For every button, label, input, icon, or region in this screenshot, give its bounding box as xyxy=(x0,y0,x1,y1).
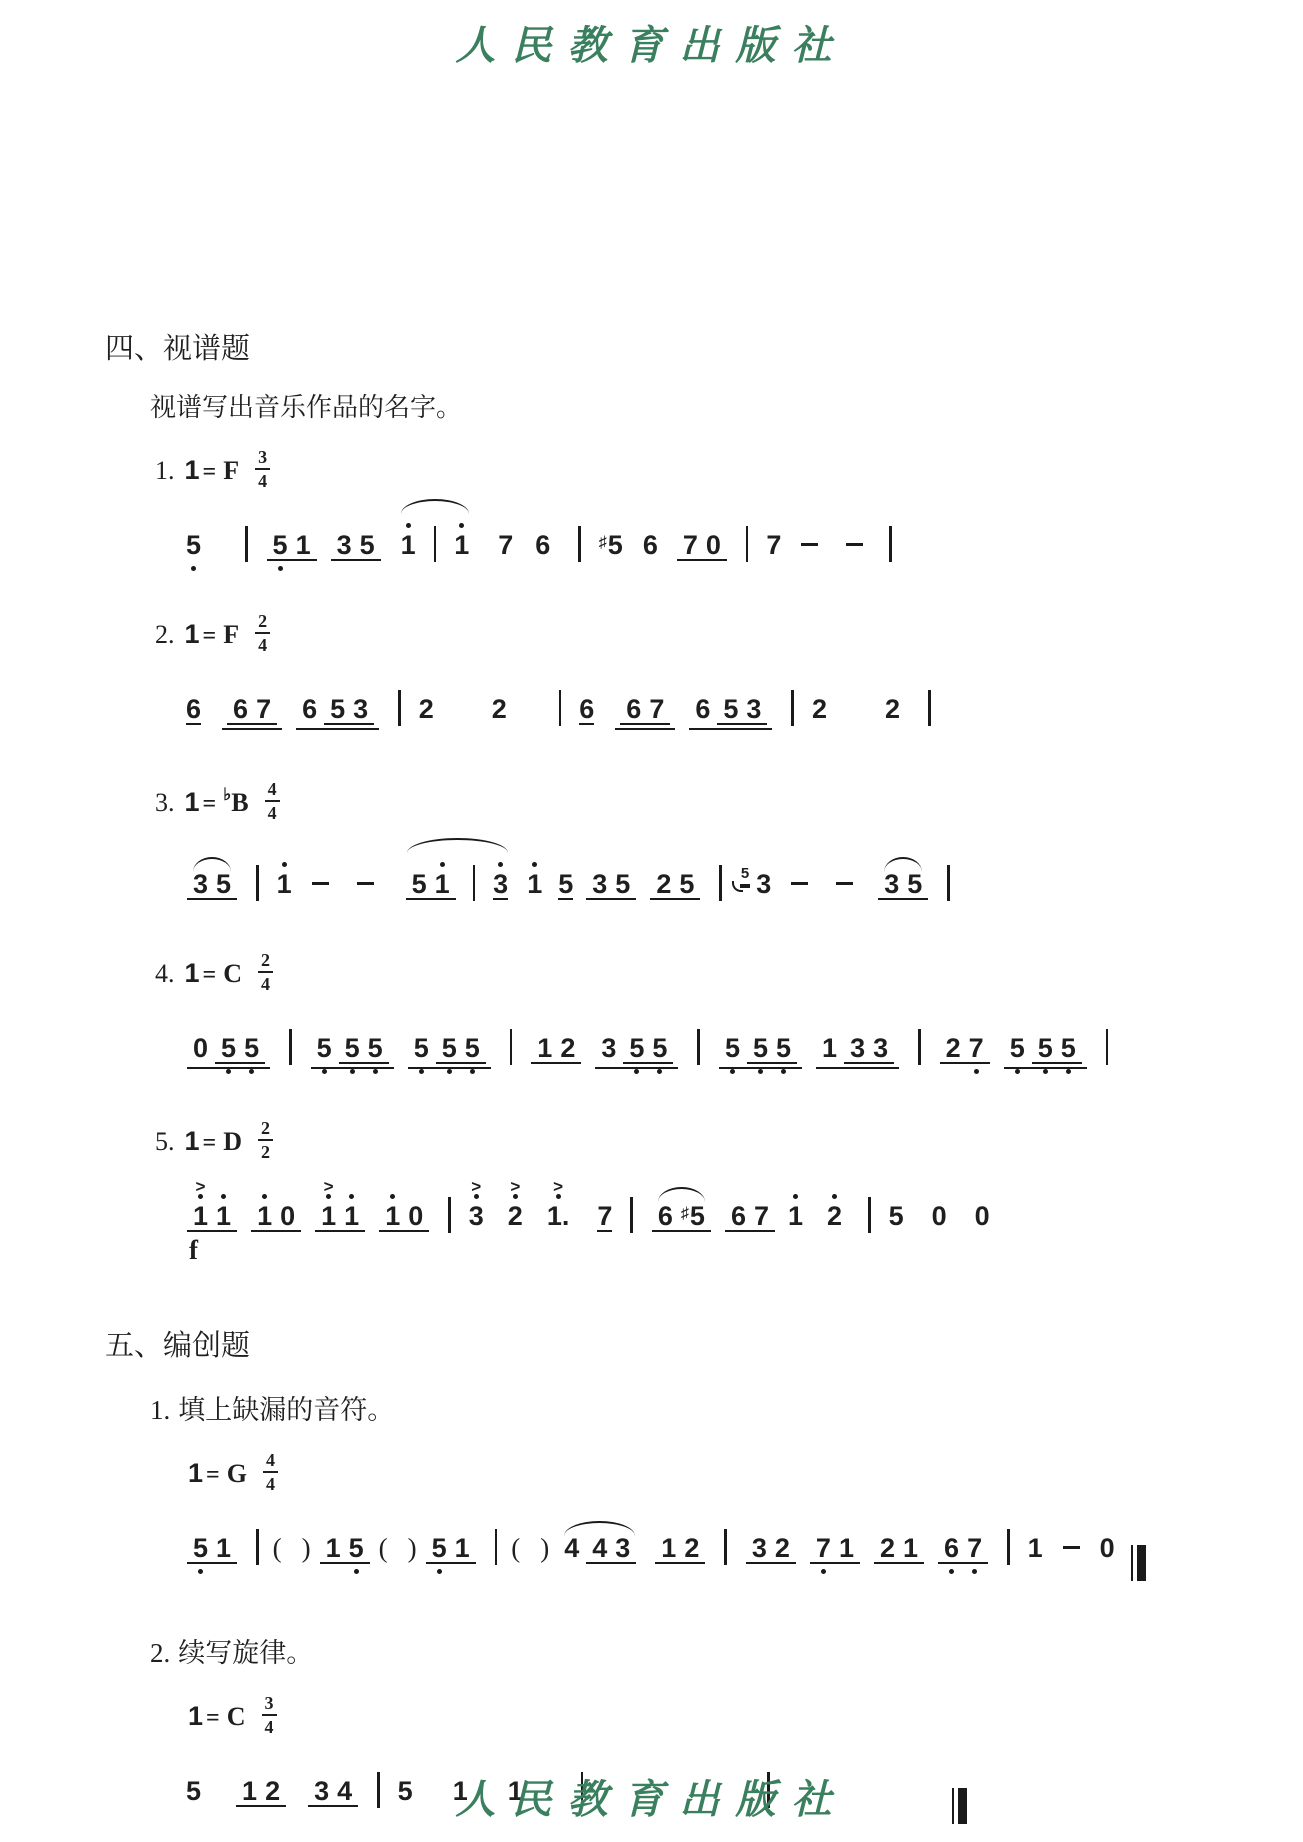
note: 2 xyxy=(775,1537,790,1559)
spacer xyxy=(910,1224,926,1225)
octave-dot-high xyxy=(349,1194,354,1199)
note-group: 35 xyxy=(878,873,928,900)
note: 1 xyxy=(788,1205,803,1227)
note: 7 xyxy=(597,1205,612,1232)
hold-dash xyxy=(801,543,818,547)
item-number: 1. xyxy=(150,1395,170,1425)
time-sig-numerator: 2 xyxy=(258,1119,273,1141)
barline xyxy=(724,1529,727,1565)
octave-dot-high xyxy=(221,1194,226,1199)
note: 1 xyxy=(455,1537,470,1559)
note-group: 53 xyxy=(717,698,767,725)
section-4-title: 四、视谱题 xyxy=(105,326,1303,367)
note-group: 55 xyxy=(747,1037,797,1064)
item-1-label: 1.填上缺漏的音符。 xyxy=(150,1388,1303,1427)
note-digit: 5 xyxy=(221,1033,236,1063)
note-digit: 5 xyxy=(360,530,375,560)
barline xyxy=(256,1529,259,1565)
note-group: 12 xyxy=(531,1037,581,1064)
note-digit: 0 xyxy=(280,1201,295,1231)
barline xyxy=(630,1197,633,1233)
note-group: 25 xyxy=(650,873,700,900)
octave-dot-high xyxy=(262,1194,267,1199)
note: 3 xyxy=(850,1037,865,1059)
note: 0 xyxy=(706,534,721,556)
note-digit: 7 xyxy=(683,530,698,560)
item-2-label: 2.续写旋律。 xyxy=(150,1631,1303,1670)
note-group: >11 xyxy=(315,1205,365,1232)
note: 1 xyxy=(527,873,542,895)
item-number: 2. xyxy=(150,1638,170,1668)
note-digit: 2 xyxy=(946,1033,961,1063)
note-digit: 5 xyxy=(723,694,738,724)
note: 1 xyxy=(257,1205,272,1227)
note: 0 xyxy=(193,1037,208,1059)
notation-line-1: 551351176♯56707 xyxy=(180,494,1303,588)
note-group: 21 xyxy=(874,1537,924,1564)
note-digit: 5 xyxy=(465,1033,480,1063)
octave-dot-low xyxy=(730,1069,735,1074)
note: 3 xyxy=(752,1537,767,1559)
note-digit: 2 xyxy=(492,694,507,724)
octave-dot-high xyxy=(474,1194,479,1199)
equals-sign: = xyxy=(206,1705,220,1731)
note: 5 xyxy=(345,1037,360,1059)
note-digit: 5 xyxy=(1061,1033,1076,1063)
spacer xyxy=(575,1224,591,1225)
note-digit: 6 xyxy=(658,1201,673,1231)
note: 6 xyxy=(302,698,317,720)
note: 1 xyxy=(822,1037,837,1059)
note: >2 xyxy=(508,1205,523,1227)
note-digit: 1 xyxy=(321,1201,336,1231)
barline xyxy=(578,526,581,562)
note-digit: 1 xyxy=(454,530,469,560)
barline xyxy=(448,1197,451,1233)
barline xyxy=(928,690,931,726)
note-digit: 1 xyxy=(326,1533,341,1563)
note: 5 xyxy=(1010,1037,1025,1059)
note: 1 xyxy=(435,873,450,895)
note: 5 xyxy=(317,1037,332,1059)
octave-dot-low xyxy=(278,566,283,571)
barline xyxy=(868,1197,871,1233)
spacer xyxy=(440,717,486,718)
note: 1 xyxy=(903,1537,918,1559)
barline xyxy=(289,1029,292,1065)
note-digit: 0 xyxy=(1100,1533,1115,1563)
note: 1 xyxy=(1028,1537,1043,1559)
octave-dot-low xyxy=(1015,1069,1020,1074)
note-group: 67 xyxy=(620,698,670,725)
spacer xyxy=(953,1224,969,1225)
note-digit: 3 xyxy=(337,530,352,560)
barline xyxy=(947,865,950,901)
note: 6 xyxy=(626,698,641,720)
time-sig-numerator: 3 xyxy=(262,1694,277,1716)
barline xyxy=(918,1029,921,1065)
note-digit: 1 xyxy=(527,869,542,899)
note: 1 xyxy=(216,1537,231,1559)
note: 5 xyxy=(753,1037,768,1059)
final-barline-thin xyxy=(1131,1545,1134,1581)
note: 5 xyxy=(193,1537,208,1559)
sharp-sign: ♯ xyxy=(599,534,607,551)
note-group: 67 xyxy=(938,1537,988,1564)
note-group: 51 xyxy=(187,1537,237,1564)
note-group: 12 xyxy=(655,1537,705,1564)
equals-sign: = xyxy=(203,791,217,817)
fill-in-paren: ) xyxy=(540,1533,549,1563)
spacer xyxy=(809,1224,821,1225)
note-digit: 1. xyxy=(547,1201,570,1231)
note-digit: 5 xyxy=(1010,1033,1025,1063)
note-digit: 1 xyxy=(277,869,292,899)
note-digit: 0 xyxy=(975,1201,990,1231)
grace-note: 5 xyxy=(740,858,750,882)
time-sig-denominator: 2 xyxy=(258,1141,273,1161)
note-group: 53 xyxy=(324,698,374,725)
note-digit: 5 xyxy=(652,1033,667,1063)
note-group: 355 xyxy=(595,1037,678,1069)
note: 0 xyxy=(280,1205,295,1227)
hold-dash xyxy=(312,882,329,886)
dynamic-mark: f xyxy=(189,1235,198,1266)
note-group: 555 xyxy=(719,1037,802,1069)
note-digit: 5 xyxy=(725,1033,740,1063)
note-digit: 2 xyxy=(419,694,434,724)
note: 1 xyxy=(454,534,469,556)
note: ♯5 xyxy=(599,532,623,556)
note-digit: 0 xyxy=(408,1201,423,1231)
barline xyxy=(791,690,794,726)
spacer xyxy=(490,1224,502,1225)
note: 2 xyxy=(656,873,671,895)
note-digit: 1 xyxy=(296,530,311,560)
note-group: 555 xyxy=(408,1037,491,1069)
spacer xyxy=(664,553,670,554)
note: 5 xyxy=(465,1037,480,1059)
note-digit: 1 xyxy=(455,1533,470,1563)
note: 5 xyxy=(723,698,738,720)
hold-dash xyxy=(1063,1546,1080,1550)
note: 3 xyxy=(592,873,607,895)
note-digit: 6 xyxy=(302,694,317,724)
note-digit: 4 xyxy=(592,1533,607,1563)
spacer xyxy=(833,717,879,718)
note-digit: 7 xyxy=(498,530,513,560)
octave-dot-high xyxy=(406,523,411,528)
note-digit: 1 xyxy=(839,1533,854,1563)
note: 0 xyxy=(1100,1537,1115,1559)
barline xyxy=(434,526,437,562)
note: 3 xyxy=(193,873,208,895)
note: 7 xyxy=(969,1037,984,1059)
time-sig-numerator: 3 xyxy=(255,448,270,470)
note-digit: 1 xyxy=(1028,1533,1043,1563)
note-digit: 7 xyxy=(754,1201,769,1231)
note-digit: 2 xyxy=(560,1033,575,1063)
note: 6 xyxy=(658,1205,673,1227)
note-group: 513 xyxy=(401,865,515,901)
slur-tie xyxy=(407,838,509,853)
hold-dash xyxy=(846,543,863,547)
note: 1 xyxy=(296,534,311,556)
time-sig-denominator: 4 xyxy=(255,470,270,490)
note-digit: 3 xyxy=(752,1533,767,1563)
barline xyxy=(559,690,562,726)
note-digit: 3 xyxy=(884,869,899,899)
note-digit: 1 xyxy=(216,1201,231,1231)
note-digit: 0 xyxy=(932,1201,947,1231)
key-signature-7: 1=C34 xyxy=(188,1694,1303,1736)
hold-dash xyxy=(357,882,374,886)
note-digit: 2 xyxy=(885,694,900,724)
note: 6 xyxy=(535,534,550,556)
note-group: 133 xyxy=(816,1037,899,1069)
equals-sign: = xyxy=(206,1462,220,1488)
key-letter: G xyxy=(227,1459,247,1488)
note-digit: 5 xyxy=(432,1533,447,1563)
final-barline xyxy=(1131,1545,1147,1581)
note-digit: 2 xyxy=(508,1201,523,1231)
time-sig-denominator: 4 xyxy=(263,1473,278,1493)
note: 1 xyxy=(216,1205,231,1227)
octave-dot-low xyxy=(758,1069,763,1074)
spacer xyxy=(848,1224,856,1225)
grace-note-digit: 5 xyxy=(740,865,750,885)
fill-in-paren: ) xyxy=(408,1533,417,1563)
exercise-number: 1. xyxy=(155,456,175,485)
note-group: 055 xyxy=(187,1037,270,1069)
note-group: f>11 xyxy=(187,1205,237,1232)
spacer xyxy=(522,1556,538,1557)
notation-line-3: 3515131535255335 xyxy=(180,826,1303,927)
octave-dot-low xyxy=(949,1569,954,1574)
note-digit: 5 xyxy=(629,1033,644,1063)
note-digit: 7 xyxy=(649,694,664,724)
time-sig-denominator: 4 xyxy=(258,973,273,993)
note: 5 xyxy=(889,1205,904,1227)
note-digit: 3 xyxy=(493,869,508,899)
note-group: 11 xyxy=(395,526,476,562)
note-digit: 3 xyxy=(756,869,771,899)
note: >1. xyxy=(547,1205,570,1227)
key-letter: D xyxy=(223,1127,242,1156)
barline xyxy=(256,865,259,901)
note-digit: 2 xyxy=(827,1201,842,1231)
note-digit: 2 xyxy=(684,1533,699,1563)
note: 7 xyxy=(967,1537,982,1559)
note-digit: 1 xyxy=(788,1201,803,1231)
equals-sign: = xyxy=(203,459,217,485)
note: 5 xyxy=(629,1037,644,1059)
note: 2 xyxy=(880,1537,895,1559)
octave-dot-low xyxy=(226,1069,231,1074)
note-digit: 5 xyxy=(349,1533,364,1563)
note-group: 555 xyxy=(1004,1037,1087,1069)
note: 4 xyxy=(592,1537,607,1559)
time-sig-denominator: 4 xyxy=(262,1716,277,1736)
note: 2 xyxy=(946,1037,961,1059)
note-digit: 5 xyxy=(679,869,694,899)
note: 5 xyxy=(360,534,375,556)
spacer xyxy=(284,1556,300,1557)
note-digit: 5 xyxy=(414,1033,429,1063)
note: 0 xyxy=(975,1205,990,1227)
note: 3 xyxy=(601,1037,616,1059)
note-digit: 5 xyxy=(193,1533,208,1563)
note: 6 xyxy=(643,534,658,556)
note: 3 xyxy=(337,534,352,556)
note-digit: 6 xyxy=(731,1201,746,1231)
octave-dot-low xyxy=(821,1569,826,1574)
note: 5 xyxy=(725,1037,740,1059)
note-digit: 7 xyxy=(967,1533,982,1563)
octave-dot-high xyxy=(513,1194,518,1199)
note: 6 xyxy=(731,1205,746,1227)
key-letter: F xyxy=(223,620,239,649)
note-digit: 1 xyxy=(401,530,416,560)
note: >3 xyxy=(469,1205,484,1227)
note: 3 xyxy=(746,698,761,720)
exercise-number: 3. xyxy=(155,788,175,817)
time-signature: 22 xyxy=(258,1119,273,1161)
barline xyxy=(473,865,476,901)
notation-line-fill-in[interactable]: 51()15()51()443123271216710 xyxy=(180,1497,1303,1607)
spacer xyxy=(207,553,233,554)
note: 6 xyxy=(186,698,201,725)
note-digit: 6 xyxy=(944,1533,959,1563)
key-signature-2: 2.1=F24 xyxy=(155,612,1303,654)
note-digit: 3 xyxy=(873,1033,888,1063)
note-digit: 7 xyxy=(969,1033,984,1063)
equals-sign: = xyxy=(203,623,217,649)
hold-dash xyxy=(791,882,808,886)
note-digit: 6 xyxy=(233,694,248,724)
note-digit: 5 xyxy=(776,1033,791,1063)
octave-dot-high xyxy=(793,1194,798,1199)
spacer xyxy=(390,1556,406,1557)
note: >1 xyxy=(193,1205,208,1227)
note-group: 10 xyxy=(379,1205,429,1232)
equals-sign: = xyxy=(203,1130,217,1156)
note-group: 55 xyxy=(623,1037,673,1064)
note: 5 xyxy=(1061,1037,1076,1059)
note: 7 xyxy=(256,698,271,720)
time-sig-denominator: 4 xyxy=(265,802,280,822)
spacer xyxy=(388,892,394,893)
spacer xyxy=(600,717,608,718)
octave-dot-high xyxy=(390,1194,395,1199)
note-digit: 4 xyxy=(564,1533,579,1563)
hold-dash xyxy=(836,882,853,886)
tonic: 1 xyxy=(185,1126,200,1156)
note: 5 xyxy=(349,1537,364,1559)
note-group: 35 xyxy=(586,873,636,900)
note-digit: 1 xyxy=(435,869,450,899)
time-signature: 24 xyxy=(258,951,273,993)
note: 2 xyxy=(827,1205,842,1227)
time-sig-numerator: 2 xyxy=(255,612,270,634)
octave-dot-high xyxy=(532,862,537,867)
note: 5 xyxy=(679,873,694,895)
barline xyxy=(495,1529,498,1565)
key-letter: C xyxy=(227,1702,246,1731)
spacer xyxy=(556,553,566,554)
octave-dot-low xyxy=(198,1569,203,1574)
note-digit: 1 xyxy=(216,1533,231,1563)
note-digit: ♯5 xyxy=(681,1201,705,1231)
note: 1 xyxy=(661,1537,676,1559)
section-5-title: 五、编创题 xyxy=(105,1323,1303,1364)
octave-dot-low xyxy=(470,1069,475,1074)
note-digit: 5 xyxy=(186,530,201,560)
note: 5 xyxy=(432,1537,447,1559)
note-group: 55 xyxy=(215,1037,265,1064)
note-group: 51 xyxy=(426,1537,476,1564)
note-group: 653 xyxy=(689,698,772,730)
note-digit: 7 xyxy=(597,1201,612,1231)
octave-dot-high xyxy=(498,862,503,867)
note-group: 35 xyxy=(331,534,381,561)
barline xyxy=(398,690,401,726)
barline xyxy=(719,865,722,901)
octave-dot-low xyxy=(373,1069,378,1074)
note: 5 xyxy=(414,1037,429,1059)
octave-dot-low xyxy=(249,1069,254,1074)
note: 2 xyxy=(492,698,507,720)
note: 3 xyxy=(615,1537,630,1559)
note-digit: 7 xyxy=(766,530,781,560)
octave-dot-low xyxy=(191,566,196,571)
note: 3 xyxy=(756,873,771,895)
note: 3 xyxy=(873,1037,888,1059)
note: 6 xyxy=(944,1537,959,1559)
note: 5 xyxy=(216,873,231,895)
barline xyxy=(510,1029,513,1065)
octave-dot-low xyxy=(447,1069,452,1074)
note-group: 55 xyxy=(1032,1037,1082,1064)
note-group: 32 xyxy=(746,1537,796,1564)
publisher-logo-bottom: 人民教育出版社 xyxy=(0,1768,1303,1824)
note: ♯5 xyxy=(681,1203,705,1227)
note: 1 xyxy=(401,534,416,556)
note: 7 xyxy=(498,534,513,556)
note-digit: 3 xyxy=(592,869,607,899)
note: 7 xyxy=(766,534,781,556)
octave-dot-high xyxy=(326,1194,331,1199)
key-signature-5: 5.1=D22 xyxy=(155,1119,1303,1161)
octave-dot-low xyxy=(972,1569,977,1574)
note-digit: 3 xyxy=(601,1033,616,1063)
time-signature: 24 xyxy=(255,612,270,654)
note-digit: 1 xyxy=(385,1201,400,1231)
octave-dot-high xyxy=(282,862,287,867)
time-signature: 44 xyxy=(263,1451,278,1493)
note-group: 51 xyxy=(267,534,317,561)
tonic: 1 xyxy=(188,1458,203,1488)
note-digit: 6 xyxy=(626,694,641,724)
notation-line-2: 6676532266765322 xyxy=(180,658,1303,756)
exercise-number: 5. xyxy=(155,1127,175,1156)
octave-dot-low xyxy=(974,1069,979,1074)
time-sig-numerator: 2 xyxy=(258,951,273,973)
time-sig-denominator: 4 xyxy=(255,634,270,654)
exam-page: 人民教育出版社 四、视谱题 视谱写出音乐作品的名字。 1.1=F34 55135… xyxy=(0,0,1303,1842)
octave-dot-low xyxy=(354,1569,359,1574)
note: 5 xyxy=(558,873,573,900)
